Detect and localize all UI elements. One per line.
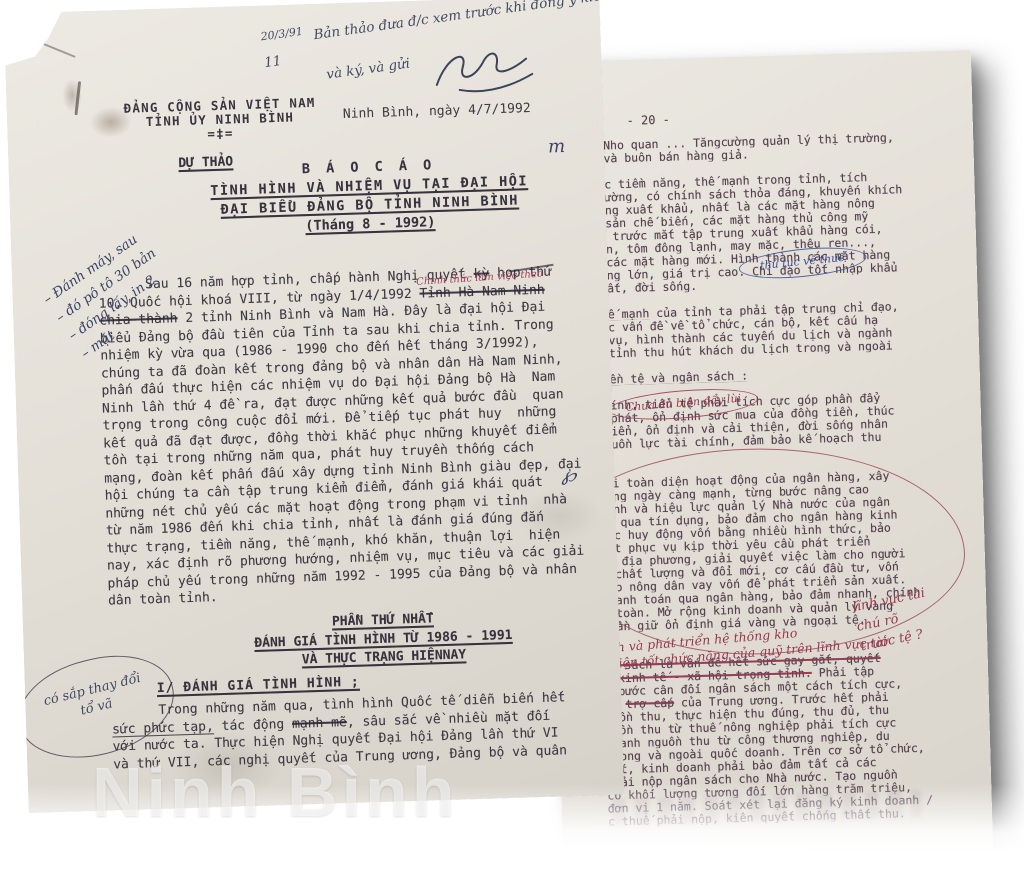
blue-note-text: thủ tục về thuế (759, 251, 845, 272)
watermark-title: Ninh Bình (92, 752, 458, 832)
pen-mark-m: m (548, 136, 566, 158)
torn-corner-mark (74, 81, 81, 115)
watermark: Ninh Bình http://baoninhbinh.org.vn (92, 752, 458, 840)
dateline: Ninh Bình, ngày 4/7/1992 (343, 101, 531, 122)
report-title-block: B Á O C Á O TÌNH HÌNH VÀ NHIỆM VỤ TẠI ĐẠ… (158, 152, 580, 241)
page-number: - 20 - (626, 113, 670, 128)
signature-flourish (424, 37, 540, 101)
document-page-left: ĐẢNG CỘNG SẢN VIỆT NAM TỈNH ỦY NINH BÌNH… (4, 0, 625, 813)
item-heading: I/ ĐÁNH GIÁ TÌNH HÌNH ; (157, 675, 360, 696)
scanned-documents-photo: - 20 - , Nho quan ... Tăngcường quản lý … (0, 0, 1024, 871)
org-header: ĐẢNG CỘNG SẢN VIỆT NAM TỈNH ỦY NINH BÌNH… (94, 95, 345, 145)
top-note-date: 20/3/91 (260, 25, 304, 44)
handwritten-top-note: 20/3/91 Bản thảo đưa đ/c xem trước khi đ… (260, 0, 625, 93)
torn-corner-crease (36, 40, 76, 58)
pen-mark-p: ℘ (561, 461, 577, 486)
red-note-text: Chưa đủ biện đẩy lùi (625, 392, 741, 414)
paragraph-1: Sau 16 năm hợp tỉnh, chấp hành Nghị quyế… (98, 264, 588, 611)
section-heading-block: PHẦN THỨ NHẤT ĐÁNH GIÁ TÌNH HÌNH TỪ 1986… (173, 605, 595, 674)
